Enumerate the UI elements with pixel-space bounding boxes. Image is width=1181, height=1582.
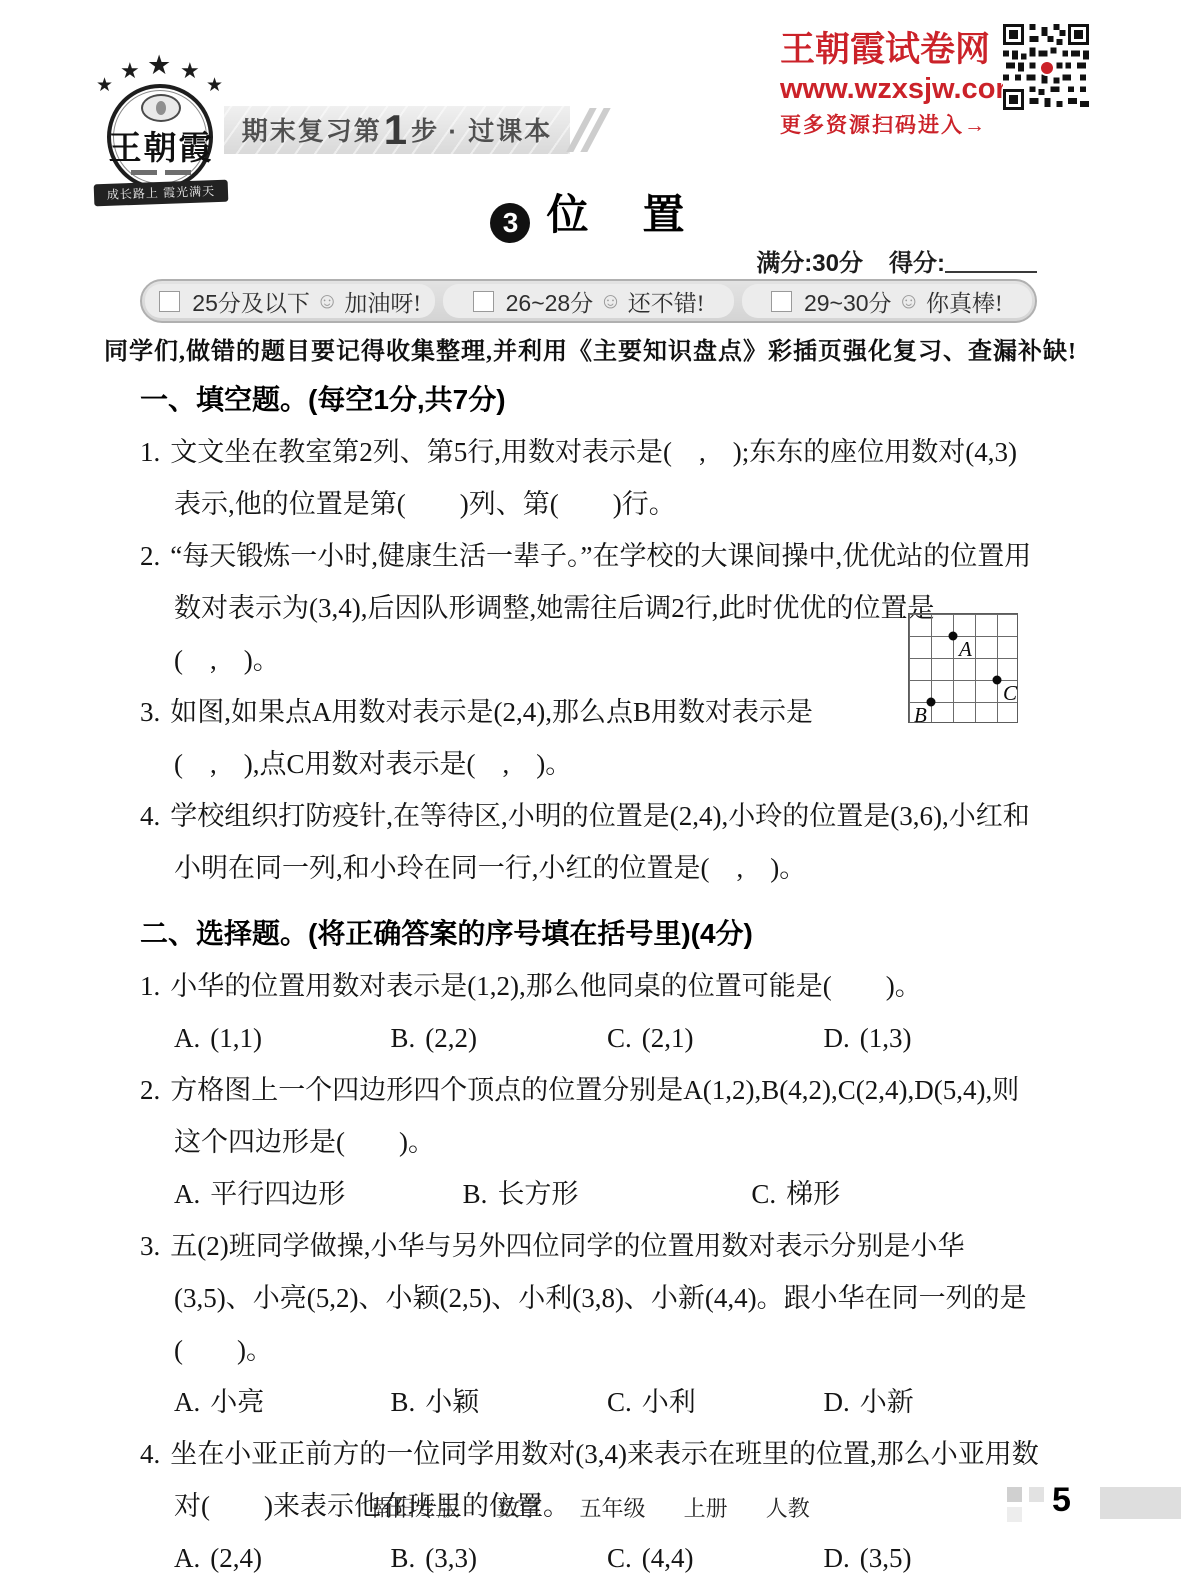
star-icon: ★	[206, 74, 223, 97]
fill-question-1: 1.文文坐在教室第2列、第5行,用数对表示是( , );东东的座位用数对(4,3…	[140, 426, 1040, 530]
fill-question-2: 2.“每天锻炼一小时,健康生活一辈子。”在学校的大课间操中,优优站的位置用数对表…	[140, 530, 1040, 686]
score-segment-low: 25分及以下 ☺ 加油呀!	[145, 284, 435, 318]
grid-point-label-B: B	[914, 705, 927, 725]
score-checkbox-high[interactable]	[771, 291, 792, 312]
choice-option: B.(2,2)	[391, 1012, 608, 1064]
score-comment: 加油呀!	[344, 285, 421, 318]
section-one-heading: 一、填空题。(每空1分,共7分)	[140, 374, 1040, 426]
site-name: 王朝霞试卷网	[780, 22, 998, 72]
smiley-face-icon: ☺	[599, 288, 621, 314]
smiley-face-icon: ☺	[316, 288, 338, 314]
grid-point-label-C: C	[1003, 683, 1017, 703]
score-checkbox-mid[interactable]	[473, 291, 494, 312]
choice-row: A.平行四边形 B.长方形 C.梯形	[140, 1168, 1040, 1220]
question-number: 1.	[140, 971, 160, 1001]
choice-option: B.小颖	[391, 1376, 608, 1428]
score-range-label: 29~30分	[804, 285, 892, 318]
question-text: 如图,如果点A用数对表示是(2,4),那么点B用数对表示是( , ),点C用数对…	[170, 697, 813, 779]
earned-score-blank	[945, 249, 1037, 273]
choice-option: B.(3,3)	[391, 1532, 608, 1582]
score-segment-high: 29~30分 ☺ 你真棒!	[742, 284, 1032, 318]
score-comment: 还不错!	[628, 285, 705, 318]
question-number: 4.	[140, 1439, 160, 1469]
star-icon: ★	[147, 50, 171, 81]
site-block: 王朝霞试卷网 www.wzxsjw.com 更多资源扫码进入→	[780, 22, 998, 139]
question-text: 五(2)班同学做操,小华与另外四位同学的位置用数对表示分别是小华(3,5)、小亮…	[170, 1231, 1026, 1365]
choice-option: A.(2,4)	[174, 1532, 391, 1582]
fill-question-3: 3.如图,如果点A用数对表示是(2,4),那么点B用数对表示是( , ),点C用…	[140, 686, 1040, 790]
position-grid: ABC	[908, 613, 1018, 723]
score-line: 满分:30分得分:	[756, 243, 1037, 278]
banner-text: 期末复习第1步 · 过课本	[242, 106, 552, 154]
page-number: 5	[1052, 1481, 1071, 1520]
footer-info: 南阳专版 数学 五年级 上册 人教	[0, 1492, 1181, 1523]
footer-press: 人教	[766, 1496, 810, 1521]
choice-option: C.(2,1)	[607, 1012, 824, 1064]
question-text: “每天锻炼一小时,健康生活一辈子。”在学校的大课间操中,优优站的位置用数对表示为…	[170, 541, 1031, 675]
full-score-label: 满分:30分	[756, 250, 863, 277]
grid-point-label-A: A	[959, 639, 972, 659]
site-url: www.wzxsjw.com	[780, 73, 998, 106]
choice-question-1: 1.小华的位置用数对表示是(1,2),那么他同桌的位置可能是( )。	[140, 960, 1040, 1012]
exam-page: ★ ★ ★ ★ ★ 王朝霞 成长路上 霞光满天 期末复习第1步 · 过课本 王朝…	[0, 0, 1181, 1582]
star-icon: ★	[180, 58, 200, 84]
lesson-number-badge: 3	[490, 203, 530, 243]
choice-option: D.(1,3)	[824, 1012, 1041, 1064]
question-number: 3.	[140, 1231, 160, 1261]
site-scan-hint: 更多资源扫码进入→	[780, 109, 998, 139]
score-comment: 你真棒!	[926, 285, 1003, 318]
question-text: 小华的位置用数对表示是(1,2),那么他同桌的位置可能是( )。	[170, 971, 921, 1001]
question-number: 2.	[140, 1075, 160, 1105]
question-text: 方格图上一个四边形四个顶点的位置分别是A(1,2),B(4,2),C(2,4),…	[170, 1075, 1019, 1157]
footer-decor-square	[1007, 1487, 1022, 1502]
score-segment-mid: 26~28分 ☺ 还不错!	[443, 284, 733, 318]
choice-option: A.平行四边形	[174, 1168, 463, 1220]
choice-option: A.(1,1)	[174, 1012, 391, 1064]
choice-option: C.(4,4)	[607, 1532, 824, 1582]
lesson-title: 位 置	[546, 191, 690, 238]
grid-point-B	[927, 698, 936, 707]
portrait-icon	[141, 94, 181, 122]
grid-point-A	[949, 632, 958, 641]
score-range-label: 25分及以下	[192, 285, 310, 318]
exam-body: 一、填空题。(每空1分,共7分) 1.文文坐在教室第2列、第5行,用数对表示是(…	[140, 374, 1040, 1582]
footer-decor-bar	[1100, 1487, 1181, 1519]
choice-row: A.(1,1) B.(2,2) C.(2,1) D.(1,3)	[140, 1012, 1040, 1064]
footer-edition: 南阳专版	[371, 1496, 459, 1521]
star-icon: ★	[96, 74, 113, 97]
footer-volume: 上册	[684, 1496, 728, 1521]
logo-micro-text	[94, 162, 228, 180]
choice-question-2: 2.方格图上一个四边形四个顶点的位置分别是A(1,2),B(4,2),C(2,4…	[140, 1064, 1040, 1168]
qr-code	[1003, 24, 1089, 110]
question-text: 文文坐在教室第2列、第5行,用数对表示是( , );东东的座位用数对(4,3)表…	[170, 437, 1017, 519]
question-text: 学校组织打防疫针,在等待区,小明的位置是(2,4),小玲的位置是(3,6),小红…	[170, 801, 1029, 883]
page-title: 3位 置	[0, 182, 1181, 243]
fill-question-4: 4.学校组织打防疫针,在等待区,小明的位置是(2,4),小玲的位置是(3,6),…	[140, 790, 1040, 894]
score-range-bar: 25分及以下 ☺ 加油呀! 26~28分 ☺ 还不错! 29~30分 ☺ 你真棒…	[140, 279, 1037, 323]
earned-score-label: 得分:	[889, 250, 945, 277]
grid-point-C	[993, 676, 1002, 685]
choice-question-3: 3.五(2)班同学做操,小华与另外四位同学的位置用数对表示分别是小华(3,5)、…	[140, 1220, 1040, 1376]
footer-grade: 五年级	[579, 1496, 645, 1521]
star-icon: ★	[120, 58, 140, 84]
question-number: 3.	[140, 697, 160, 727]
choice-option: B.长方形	[463, 1168, 752, 1220]
choice-option: C.小利	[607, 1376, 824, 1428]
question-number: 1.	[140, 437, 160, 467]
footer-subject: 数学	[497, 1496, 541, 1521]
choice-row: A.小亮 B.小颖 C.小利 D.小新	[140, 1376, 1040, 1428]
banner-step-number: 1	[382, 106, 411, 153]
footer-decor-square	[1007, 1507, 1022, 1522]
question-number: 4.	[140, 801, 160, 831]
qr-center-emblem	[1039, 60, 1055, 76]
score-checkbox-low[interactable]	[159, 291, 180, 312]
footer-decor-square	[1029, 1487, 1044, 1502]
student-notice: 同学们,做错的题目要记得收集整理,并利用《主要知识盘点》彩插页强化复习、查漏补缺…	[100, 331, 1081, 366]
question-number: 2.	[140, 541, 160, 571]
choice-option: A.小亮	[174, 1376, 391, 1428]
smiley-face-icon: ☺	[898, 288, 920, 314]
choice-row: A.(2,4) B.(3,3) C.(4,4) D.(3,5)	[140, 1532, 1040, 1582]
section-two-heading: 二、选择题。(将正确答案的序号填在括号里)(4分)	[140, 908, 1040, 960]
review-step-banner: 期末复习第1步 · 过课本	[224, 106, 570, 154]
score-range-label: 26~28分	[506, 285, 594, 318]
choice-option: D.小新	[824, 1376, 1041, 1428]
choice-option: C.梯形	[751, 1168, 1040, 1220]
choice-option: D.(3,5)	[824, 1532, 1041, 1582]
